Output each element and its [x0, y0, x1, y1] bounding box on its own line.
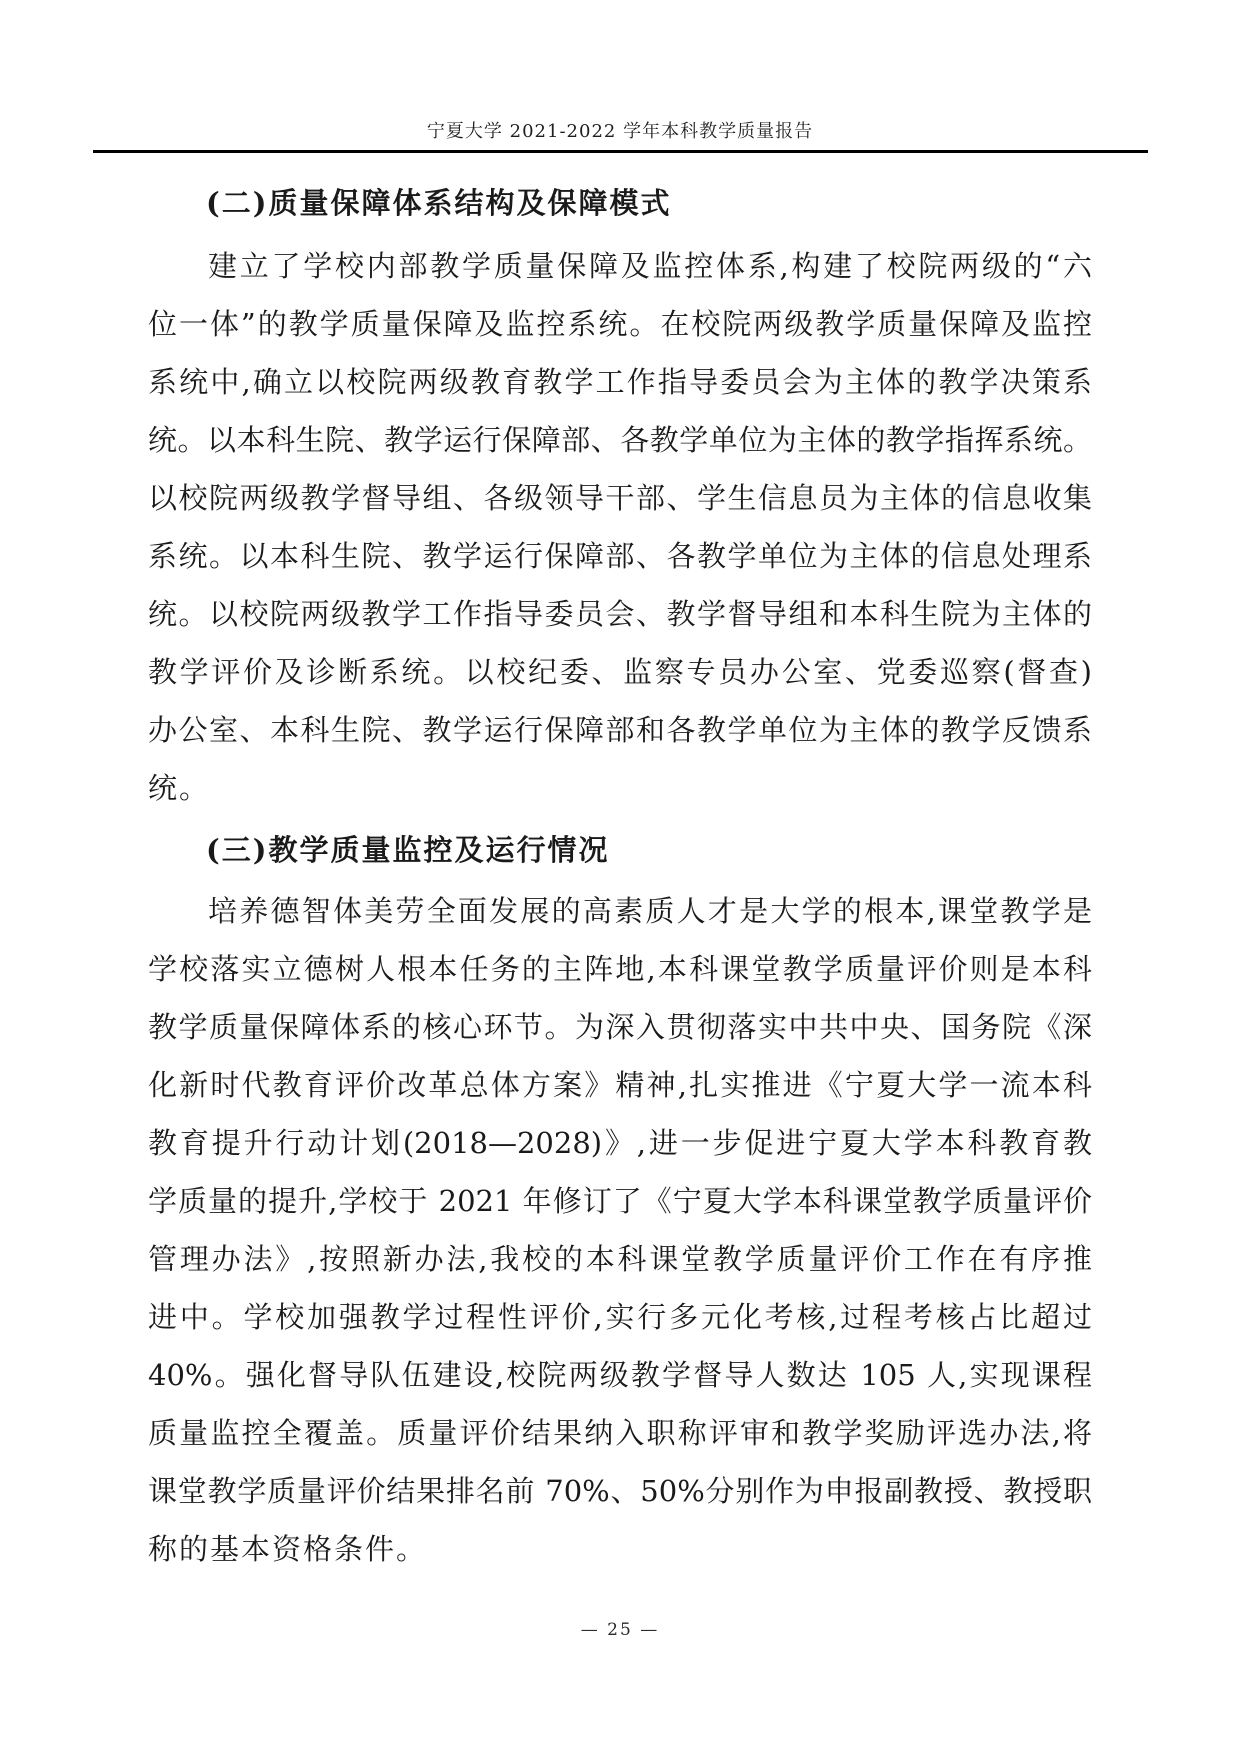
body-line: 学校落实立德树人根本任务的主阵地,本科课堂教学质量评价则是本科 — [148, 940, 1092, 998]
section-3-paragraph: 培养德智体美劳全面发展的高素质人才是大学的根本,课堂教学是 学校落实立德树人根本… — [148, 882, 1092, 1578]
body-line: 位一体”的教学质量保障及监控系统。在校院两级教学质量保障及监控 — [148, 295, 1092, 353]
body-line: 管理办法》,按照新办法,我校的本科课堂教学质量评价工作在有序推 — [148, 1230, 1092, 1288]
body-line: 办公室、本科生院、教学运行保障部和各教学单位为主体的教学反馈系 — [148, 701, 1092, 759]
body-line: 化新时代教育评价改革总体方案》精神,扎实推进《宁夏大学一流本科 — [148, 1056, 1092, 1114]
body-line: 培养德智体美劳全面发展的高素质人才是大学的根本,课堂教学是 — [148, 882, 1092, 940]
page-header: 宁夏大学 2021-2022 学年本科教学质量报告 — [0, 0, 1240, 153]
body-line: 学质量的提升,学校于 2021 年修订了《宁夏大学本科课堂教学质量评价 — [148, 1172, 1092, 1230]
body-line: 教学质量保障体系的核心环节。为深入贯彻落实中共中央、国务院《深 — [148, 998, 1092, 1056]
body-line: 统。以校院两级教学工作指导委员会、教学督导组和本科生院为主体的 — [148, 585, 1092, 643]
page-body: (二)质量保障体系结构及保障模式 建立了学校内部教学质量保障及监控体系,构建了校… — [148, 174, 1092, 1578]
body-line: 建立了学校内部教学质量保障及监控体系,构建了校院两级的“六 — [148, 237, 1092, 295]
section-heading-2: (二)质量保障体系结构及保障模式 — [206, 174, 1092, 232]
body-line: 系统中,确立以校院两级教育教学工作指导委员会为主体的教学决策系 — [148, 353, 1092, 411]
body-line: 40%。强化督导队伍建设,校院两级教学督导人数达 105 人,实现课程 — [148, 1346, 1092, 1404]
document-page: 宁夏大学 2021-2022 学年本科教学质量报告 (二)质量保障体系结构及保障… — [0, 0, 1240, 1753]
header-divider-rule — [93, 150, 1148, 153]
body-line: 质量监控全覆盖。质量评价结果纳入职称评审和教学奖励评选办法,将 — [148, 1404, 1092, 1462]
body-line: 统。以本科生院、教学运行保障部、各教学单位为主体的教学指挥系统。 — [148, 411, 1092, 469]
body-line: 课堂教学质量评价结果排名前 70%、50%分别作为申报副教授、教授职 — [148, 1462, 1092, 1520]
body-line: 以校院两级教学督导组、各级领导干部、学生信息员为主体的信息收集 — [148, 469, 1092, 527]
body-line: 教育提升行动计划(2018—2028)》,进一步促进宁夏大学本科教育教 — [148, 1114, 1092, 1172]
body-line: 进中。学校加强教学过程性评价,实行多元化考核,过程考核占比超过 — [148, 1288, 1092, 1346]
page-footer: — 25 — — [0, 1620, 1240, 1640]
body-line: 称的基本资格条件。 — [148, 1520, 1092, 1578]
body-line: 教学评价及诊断系统。以校纪委、监察专员办公室、党委巡察(督查) — [148, 643, 1092, 701]
body-line: 系统。以本科生院、教学运行保障部、各教学单位为主体的信息处理系 — [148, 527, 1092, 585]
section-heading-3: (三)教学质量监控及运行情况 — [206, 821, 1092, 879]
page-number: — 25 — — [581, 1620, 659, 1640]
section-2-paragraph: 建立了学校内部教学质量保障及监控体系,构建了校院两级的“六 位一体”的教学质量保… — [148, 237, 1092, 817]
body-line: 统。 — [148, 759, 1092, 817]
running-head-title: 宁夏大学 2021-2022 学年本科教学质量报告 — [0, 120, 1240, 144]
